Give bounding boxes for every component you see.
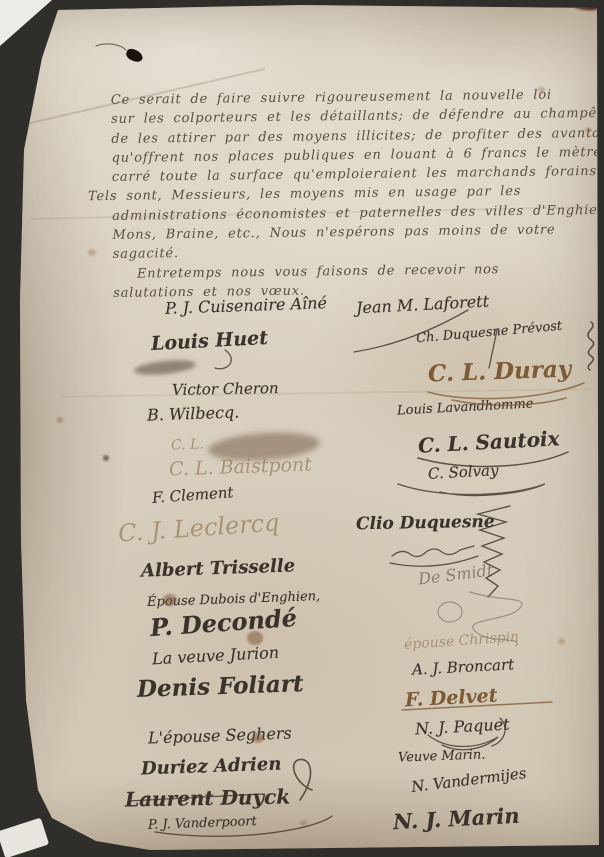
- signature: F. Delvet: [404, 685, 498, 712]
- signature: N. Vandermijes: [410, 764, 527, 796]
- ink-smudge: [133, 358, 196, 377]
- scrawl-signature: [392, 546, 474, 557]
- signature: De Smidt: [417, 560, 494, 588]
- signature: Ch. Duquesne Prévost: [416, 319, 563, 347]
- signature: Veuve Marin.: [398, 747, 486, 765]
- signature: Louis Huet: [151, 327, 269, 355]
- folded-corner-sheet: [0, 0, 52, 46]
- speck: [103, 455, 109, 461]
- signature: F. Clement: [151, 483, 234, 507]
- signature: C. Solvay: [428, 461, 499, 483]
- paper-sheet: Ce serait de faire suivre rigoureusement…: [0, 0, 604, 857]
- signature-tail-flourish: [215, 350, 231, 369]
- signature: Duriez Adrien: [141, 754, 282, 780]
- letter-body: Ce serait de faire suivre rigoureusement…: [111, 85, 592, 303]
- signature: B. Wilbecq.: [147, 402, 240, 424]
- signature: L'épouse Seghers: [148, 723, 292, 747]
- foxing-spot: [88, 249, 96, 256]
- foxing-spot: [57, 417, 63, 423]
- signature-curl-flourish: [294, 759, 312, 800]
- margin-curl-flourish: [588, 322, 594, 370]
- signature: C. L. Duray: [428, 356, 572, 388]
- torn-corner-fragment: [0, 818, 49, 857]
- signature: N. J. Marin: [392, 803, 520, 835]
- corner-stain: [572, 0, 600, 11]
- signature: C. L.: [171, 436, 204, 453]
- foxing-spot: [558, 638, 565, 645]
- scanned-letter-page: Ce serait de faire suivre rigoureusement…: [0, 0, 604, 857]
- signature: Louis Lavandhomme: [397, 396, 534, 418]
- loop-paraph: [438, 602, 462, 622]
- signature: P. J. Vanderpoort: [148, 814, 257, 833]
- signature: Victor Cheron: [172, 379, 279, 399]
- signature: épouse Chrispin: [404, 629, 520, 653]
- signature: Denis Foliart: [137, 670, 304, 703]
- ink-scribble: [96, 44, 126, 50]
- signature: Albert Trisselle: [141, 555, 296, 581]
- foxing-spot: [300, 820, 307, 826]
- signature: N. J. Paquet: [415, 715, 510, 739]
- signature: Laurent Duyck: [125, 785, 291, 812]
- underline-flourish: [398, 484, 545, 495]
- signature: C. L. Sautoix: [417, 426, 560, 457]
- signature: A. J. Broncart: [412, 655, 515, 678]
- signature: C. L. Baistpont: [169, 454, 313, 481]
- fold-crease: [60, 388, 590, 397]
- signature: C. J. Leclercq: [117, 508, 280, 547]
- ink-blot: [125, 47, 145, 64]
- signature: La veuve Jurion: [152, 643, 280, 669]
- signature: Clio Duquesne: [356, 512, 495, 534]
